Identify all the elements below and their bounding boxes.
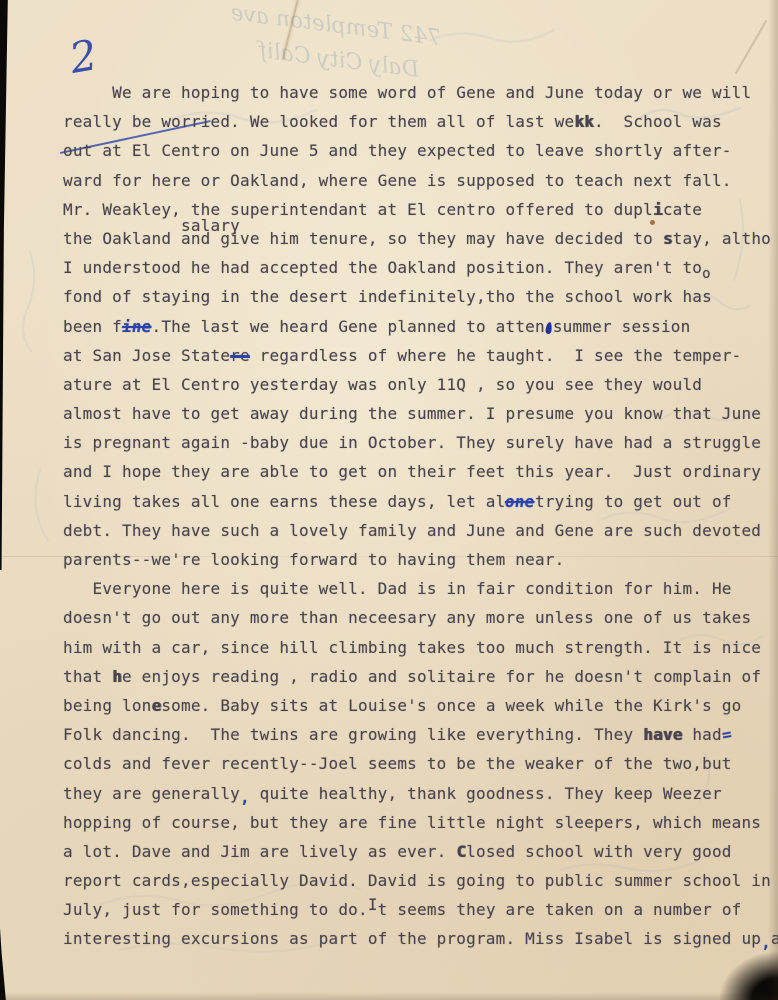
- letter-line: at San Jose Statere regardless of where …: [63, 341, 768, 370]
- letter-line: the Oakland salaryand give him tenure, s…: [63, 224, 768, 253]
- text-segment: some. Baby sits at Louise's once a week …: [161, 696, 741, 715]
- text-segment-blue-over: ine: [120, 312, 154, 341]
- letter-line: him with a car, since hill climbing take…: [63, 633, 768, 662]
- letter-line: living takes all one earns these days, l…: [63, 487, 768, 516]
- letter-line: Mr. Weakley, the superintendant at El ce…: [63, 195, 768, 224]
- scan-edge-shadow: [0, 992, 778, 1000]
- text-segment-over: kk: [574, 112, 594, 131]
- letter-line: they are generally, quite healthy, thank…: [63, 779, 768, 808]
- letter-line: been fine.The last we heard Gene planned…: [63, 312, 768, 341]
- text-segment-over: e: [152, 696, 162, 715]
- text-segment: tay, altho: [673, 229, 771, 248]
- text-segment: ature at El Centro yesterday was only 11…: [63, 375, 702, 394]
- text-segment: really be worried. We looked for them al…: [63, 112, 574, 131]
- text-segment: fond of staying in the desert indefinite…: [63, 287, 712, 306]
- letter-line: debt. They have such a lovely family and…: [63, 516, 768, 545]
- text-segment: being lon: [63, 696, 152, 715]
- bleedthrough-address-line: 742 Templeton ave: [111, 0, 443, 56]
- letter-line: really be worried. We looked for them al…: [63, 107, 768, 136]
- text-segment: July, just for something to do.: [63, 900, 368, 919]
- text-segment: ward for here or Oakland, where Gene is …: [63, 171, 732, 190]
- letter-body: We are hoping to have some word of Gene …: [63, 78, 768, 954]
- text-segment-blue-over: one: [503, 487, 537, 516]
- scan-edge-shadow: [768, 0, 778, 1000]
- text-segment-sup: I: [368, 895, 378, 914]
- text-segment: a lot. Dave and Jim are lively as ever.: [63, 842, 456, 861]
- text-segment: quite healthy, thank goodness. They keep…: [250, 784, 722, 803]
- text-segment-over: i: [653, 200, 663, 219]
- text-segment: they are generally: [63, 784, 240, 803]
- text-segment: I understood he had accepted the Oakland…: [63, 258, 702, 277]
- text-segment-blot: [545, 321, 552, 334]
- letter-line: that he enjoys reading , radio and solit…: [63, 662, 768, 691]
- text-segment-blue-strike: re: [230, 346, 250, 365]
- text-segment: that: [63, 667, 112, 686]
- letter-line: a lot. Dave and Jim are lively as ever. …: [63, 837, 768, 866]
- letter-line: being lonesome. Baby sits at Louise's on…: [63, 691, 768, 720]
- text-segment: and I hope they are able to get on their…: [63, 462, 761, 481]
- text-segment: interesting excursions as part of the pr…: [63, 929, 761, 948]
- text-segment-over: h: [112, 667, 122, 686]
- letter-line: We are hoping to have some word of Gene …: [63, 78, 768, 107]
- paper-crease: [735, 20, 768, 75]
- letter-line: ward for here or Oakland, where Gene is …: [63, 166, 768, 195]
- text-segment: out at El Centro on June 5 and they expe…: [63, 141, 732, 160]
- text-segment-sub: o: [702, 266, 711, 282]
- text-segment: . School was: [594, 112, 722, 131]
- bleedthrough-handwriting: 742 Templeton ave Daly City Calif: [107, 0, 443, 90]
- letter-line: hopping of course, but they are fine lit…: [63, 808, 768, 837]
- text-segment: Mr. Weakley, the superintendant at El ce…: [63, 200, 653, 219]
- paper-crease: [282, 0, 300, 59]
- text-segment: Folk dancing. The twins are growing like…: [63, 725, 643, 744]
- text-segment: Everyone here is quite well. Dad is in f…: [63, 579, 732, 598]
- handwritten-page-number: 2: [66, 30, 101, 83]
- letter-line: colds and fever recently--Joel seems to …: [63, 749, 768, 778]
- paper-fold-line: [0, 556, 778, 557]
- letter-line: interesting excursions as part of the pr…: [63, 924, 768, 953]
- text-segment-over: have: [643, 725, 682, 744]
- text-segment: t seems they are taken on a number of: [378, 900, 742, 919]
- text-segment: report cards,especially David. David is …: [63, 871, 771, 890]
- text-segment: e enjoys reading , radio and solitaire f…: [122, 667, 761, 686]
- text-segment-blue-ink: =: [719, 719, 734, 749]
- text-segment: colds and fever recently--Joel seems to …: [63, 754, 732, 773]
- text-segment-blue-comma: ,: [240, 788, 250, 807]
- text-segment: losed school with very good: [466, 842, 732, 861]
- text-segment: living takes all one earns these days, l…: [63, 492, 505, 511]
- text-segment: We are hoping to have some word of Gene …: [63, 83, 751, 102]
- letter-line: almost have to get away during the summe…: [63, 399, 768, 428]
- text-segment: the Oakland: [63, 229, 181, 248]
- text-segment: is pregnant again -baby due in October. …: [63, 433, 761, 452]
- text-segment-over: C: [456, 842, 466, 861]
- letter-line: out at El Centro on June 5 and they expe…: [63, 136, 768, 165]
- text-segment: him with a car, since hill climbing take…: [63, 638, 761, 657]
- text-segment: hopping of course, but they are fine lit…: [63, 813, 761, 832]
- text-segment: summer session: [553, 317, 691, 336]
- scan-edge: [0, 928, 9, 1000]
- letter-line: Folk dancing. The twins are growing like…: [63, 720, 768, 749]
- letter-line: and I hope they are able to get on their…: [63, 457, 768, 486]
- scan-edge: [0, 0, 13, 570]
- letter-line: doesn't go out any more than neceesary a…: [63, 603, 768, 632]
- text-segment: regardless of where he taught. I see the…: [250, 346, 742, 365]
- text-segment: been f: [63, 317, 122, 336]
- text-segment: trying to get out of: [535, 492, 732, 511]
- letter-line: ature at El Centro yesterday was only 11…: [63, 370, 768, 399]
- text-segment-over: s: [663, 229, 673, 248]
- letter-line: report cards,especially David. David is …: [63, 866, 768, 895]
- text-segment: had: [682, 725, 721, 744]
- text-segment: cate: [663, 200, 702, 219]
- text-segment: parents--we're looking forward to having…: [63, 550, 564, 569]
- text-segment: at San Jose State: [63, 346, 230, 365]
- text-segment: .The last we heard Gene planned to atten: [152, 317, 545, 336]
- text-segment: debt. They have such a lovely family and…: [63, 521, 761, 540]
- letter-line: is pregnant again -baby due in October. …: [63, 428, 768, 457]
- paper-speck: [650, 220, 655, 225]
- letter-line: July, just for something to do.It seems …: [63, 895, 768, 924]
- letter-line: fond of staying in the desert indefinite…: [63, 282, 768, 311]
- letter-line: parents--we're looking forward to having…: [63, 545, 768, 574]
- letter-line: Everyone here is quite well. Dad is in f…: [63, 574, 768, 603]
- text-segment: doesn't go out any more than neceesary a…: [63, 608, 751, 627]
- text-segment: and give him tenure, so they may have de…: [181, 229, 663, 248]
- letter-line: I understood he had accepted the Oakland…: [63, 253, 768, 282]
- text-segment: almost have to get away during the summe…: [63, 404, 761, 423]
- letter-page: 742 Templeton ave Daly City Calif 2 We a…: [0, 0, 778, 1000]
